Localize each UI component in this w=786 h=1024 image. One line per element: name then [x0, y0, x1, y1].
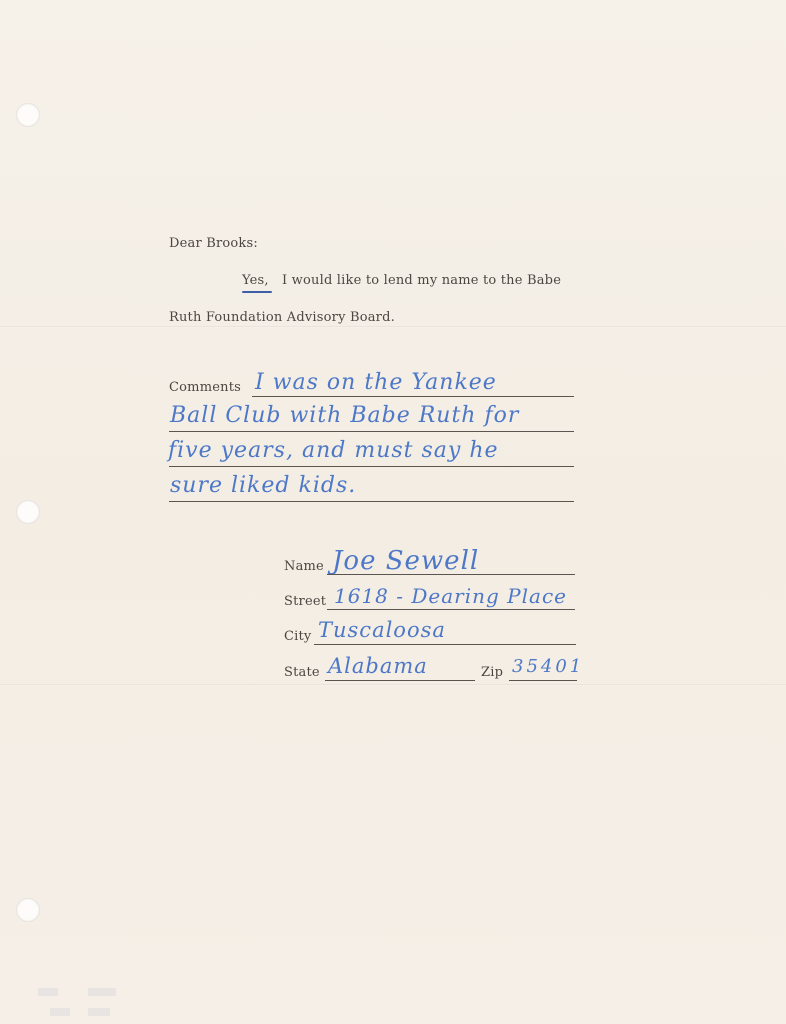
comments-rule — [252, 396, 574, 397]
name-label: Name — [284, 559, 324, 574]
salutation: Dear Brooks: — [169, 236, 258, 251]
yes-word: Yes, — [242, 273, 269, 288]
fold-line — [0, 326, 786, 328]
state-label: State — [284, 665, 320, 680]
fold-line — [0, 684, 786, 686]
city-value: Tuscaloosa — [318, 618, 446, 642]
zip-rule — [509, 680, 577, 681]
city-rule — [314, 644, 576, 645]
body-line-2: Ruth Foundation Advisory Board. — [169, 310, 395, 325]
punch-hole — [16, 500, 40, 524]
zip-label: Zip — [481, 665, 503, 680]
comments-rule — [169, 466, 574, 467]
comments-line-3: five years, and must say he — [168, 438, 499, 463]
pencil-mark — [88, 988, 116, 996]
zip-value: 35401 — [512, 656, 584, 677]
comments-rule — [169, 431, 574, 432]
pencil-mark — [50, 1008, 70, 1016]
comments-rule — [169, 501, 574, 502]
city-label: City — [284, 629, 311, 644]
name-value: Joe Sewell — [332, 546, 479, 576]
punch-hole — [16, 103, 40, 127]
comments-line-4: sure liked kids. — [170, 473, 356, 498]
name-rule — [327, 574, 575, 575]
comments-label: Comments — [169, 380, 241, 395]
state-rule — [325, 680, 475, 681]
state-value: Alabama — [328, 654, 428, 678]
comments-line-2: Ball Club with Babe Ruth for — [170, 403, 519, 428]
comments-line-1: I was on the Yankee — [255, 370, 497, 395]
street-label: Street — [284, 594, 326, 609]
yes-underline — [242, 291, 272, 293]
pencil-mark — [38, 988, 58, 996]
paper-sheet — [0, 0, 786, 1024]
street-rule — [327, 609, 575, 610]
punch-hole — [16, 898, 40, 922]
street-value: 1618 - Dearing Place — [334, 584, 567, 608]
pencil-mark — [88, 1008, 110, 1016]
body-line-1: I would like to lend my name to the Babe — [282, 273, 561, 288]
